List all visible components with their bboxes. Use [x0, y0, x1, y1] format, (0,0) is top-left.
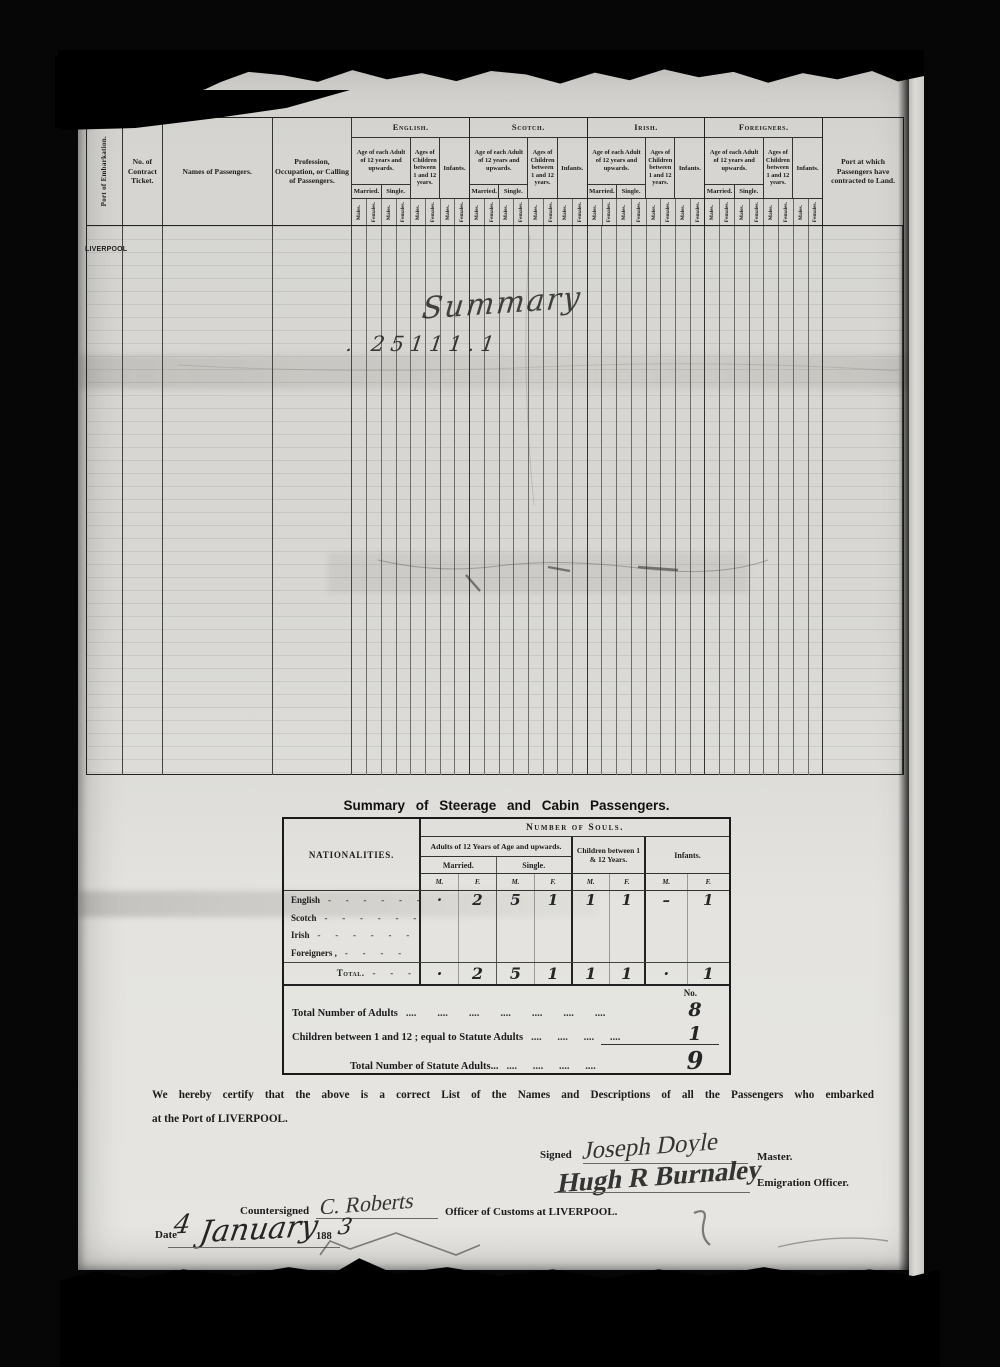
males-label: Males.	[500, 199, 515, 225]
cell-value	[688, 927, 730, 945]
cell-value	[610, 909, 647, 927]
cell-value: ·	[421, 963, 459, 984]
certification-text: We hereby certify that the above is a co…	[152, 1089, 874, 1127]
adults-header: Age of each Adult of 12 years and upward…	[588, 138, 645, 184]
body-cell	[588, 226, 603, 775]
body-cell	[794, 226, 809, 775]
children-header: Ages of Children between 1 and 12 years.	[646, 138, 675, 198]
group-header-scotch: Scotch. Age of each Adult of 12 years an…	[470, 118, 588, 225]
body-cell	[617, 226, 632, 775]
females-label: Females.	[603, 199, 618, 225]
males-label: Males.	[617, 199, 632, 225]
males-label: Males.	[382, 199, 397, 225]
total-adults-row: Total Number of Adults .... .... .... ..…	[292, 999, 721, 1021]
males-label: Males.	[529, 199, 544, 225]
cell-value: 1	[688, 891, 730, 909]
summary-row-total: Total.- - - · 2 5 1 1 1 · 1	[284, 962, 729, 984]
cell-value	[646, 927, 688, 945]
cell-value	[535, 909, 573, 927]
males-label: Males.	[676, 199, 691, 225]
cell-value: 5	[497, 963, 535, 984]
males-label: Males.	[764, 199, 779, 225]
cell-value	[459, 927, 497, 945]
dot-leaders: .... .... .... ....	[506, 1061, 661, 1072]
customs-officer-label: Officer of Customs at LIVERPOOL.	[445, 1206, 617, 1218]
cell-value: 1	[610, 891, 647, 909]
females-label: Females.	[573, 199, 587, 225]
body-cell	[764, 226, 779, 775]
total-value: 8	[669, 999, 721, 1021]
body-cell	[809, 226, 823, 775]
group-title: English.	[352, 118, 469, 138]
document-page: Port of Embarkation. No. of Contract Tic…	[78, 55, 923, 1270]
summary-row-foreigners: Foreigners ,- - - -	[284, 944, 729, 962]
body-col-ticket	[123, 226, 163, 775]
body-col-port	[87, 226, 123, 775]
cell-value	[610, 927, 647, 945]
row-label: Irish	[291, 930, 310, 940]
col-header-landing-port: Port at which Passengers have contracted…	[823, 118, 903, 225]
cell-value	[688, 909, 730, 927]
married-header: Married.	[705, 185, 734, 198]
sex-subcolumns: Males.Females.Males.Females.Males.Female…	[588, 199, 705, 225]
customs-signature: C. Roberts	[318, 1188, 417, 1221]
females-label: Females.	[779, 199, 794, 225]
group-title: Foreigners.	[705, 118, 822, 138]
col-header-names: Names of Passengers.	[163, 118, 273, 225]
f-label: F.	[459, 874, 497, 890]
males-label: Males.	[411, 199, 426, 225]
printed-year: 188	[316, 1231, 332, 1242]
married-header: Married.	[588, 185, 617, 198]
adults-header: Age of each Adult of 12 years and upward…	[352, 138, 409, 184]
manifest-header-row: Port of Embarkation. No. of Contract Tic…	[87, 118, 903, 226]
statute-adults-row: Total Number of Statute Adults... .... .…	[292, 1046, 721, 1075]
handwritten-summary-figures: . 25111.1	[344, 332, 502, 356]
cell-value: 1	[573, 963, 610, 984]
cell-value	[573, 909, 610, 927]
females-label: Females.	[809, 199, 823, 225]
cell-value	[573, 927, 610, 945]
signature-line	[316, 1218, 438, 1219]
cell-value	[535, 944, 573, 962]
females-label: Females.	[720, 199, 735, 225]
single-header: Single.	[617, 185, 645, 198]
dot-leaders: .... .... .... .... .... .... ....	[406, 1008, 661, 1019]
summary-totals: No. Total Number of Adults .... .... ...…	[284, 986, 729, 1074]
group-title: Scotch.	[470, 118, 587, 138]
single-header: Single.	[382, 185, 410, 198]
children-header: Ages of Children between 1 and 12 years.	[528, 138, 557, 198]
torn-bottom-edge	[60, 1256, 940, 1367]
group-header-irish: Irish. Age of each Adult of 12 years and…	[588, 118, 706, 225]
females-label: Females.	[367, 199, 382, 225]
group-title: Irish.	[588, 118, 705, 138]
group-header-english: English. Age of each Adult of 12 years a…	[352, 118, 470, 225]
cell-value: ·	[646, 963, 688, 984]
adults-header: Age of each Adult of 12 years and upward…	[470, 138, 527, 184]
married-header: Married.	[470, 185, 499, 198]
females-label: Females.	[661, 199, 676, 225]
mf-header-row: M. F. M. F. M. F. M. F.	[421, 873, 729, 890]
total-label: Total Number of Statute Adults...	[350, 1061, 498, 1072]
cell-value: ·	[421, 891, 459, 909]
sum-line	[601, 1044, 719, 1045]
signed-label: Signed	[540, 1149, 572, 1161]
body-cell	[735, 226, 750, 775]
leader-dashes: - - - - - -	[328, 895, 422, 905]
m-label: M.	[421, 874, 459, 890]
f-label: F.	[610, 874, 647, 890]
single-header: Single.	[735, 185, 763, 198]
body-group-foreigners	[705, 226, 823, 775]
males-label: Males.	[794, 199, 809, 225]
cell-value	[459, 944, 497, 962]
passenger-manifest-table: Port of Embarkation. No. of Contract Tic…	[86, 117, 904, 775]
males-label: Males.	[705, 199, 720, 225]
body-cell	[720, 226, 735, 775]
males-label: Males.	[558, 199, 573, 225]
single-header: Single.	[497, 857, 572, 873]
cell-value	[459, 909, 497, 927]
row-label: Scotch	[291, 913, 317, 923]
cell-value	[573, 944, 610, 962]
port-of-embarkation-stamp: LIVERPOOL	[85, 246, 127, 253]
body-cell	[779, 226, 794, 775]
cell-value	[497, 927, 535, 945]
females-label: Females.	[455, 199, 469, 225]
nationalities-header: NATIONALITIES.	[284, 819, 421, 890]
cell-value	[646, 909, 688, 927]
col-header-port-of-embarkation: Port of Embarkation.	[87, 118, 123, 225]
cell-value	[421, 927, 459, 945]
body-cell	[647, 226, 662, 775]
females-label: Females.	[691, 199, 705, 225]
date-underline	[168, 1247, 340, 1248]
m-label: M.	[573, 874, 610, 890]
females-label: Females.	[750, 199, 765, 225]
group-header-foreigners: Foreigners. Age of each Adult of 12 year…	[705, 118, 823, 225]
summary-header: NATIONALITIES. Number of Souls. Adults o…	[284, 819, 729, 891]
cell-value	[610, 944, 647, 962]
body-cell	[352, 226, 367, 775]
body-col-names	[163, 226, 273, 775]
children-statute-row: Children between 1 and 12 ; equal to Sta…	[292, 1023, 721, 1045]
f-label: F.	[688, 874, 730, 890]
next-page-edge	[909, 57, 924, 1283]
handwritten-date-day: 4	[172, 1209, 193, 1240]
males-label: Males.	[647, 199, 662, 225]
cell-value	[421, 944, 459, 962]
certification-line1: We hereby certify that the above is a co…	[152, 1089, 874, 1102]
handwritten-year-digit: 3	[336, 1215, 354, 1241]
f-label: F.	[535, 874, 573, 890]
females-label: Females.	[544, 199, 559, 225]
total-value: 9	[669, 1046, 721, 1075]
sex-subcolumns: Males.Females.Males.Females.Males.Female…	[470, 199, 587, 225]
handwritten-date-month: January	[197, 1209, 320, 1251]
infants-header: Infants.	[646, 837, 729, 873]
summary-row-scotch: Scotch- - - - - -	[284, 909, 729, 927]
total-value: 1	[669, 1023, 721, 1045]
m-label: M.	[497, 874, 535, 890]
number-of-souls-header: Number of Souls.	[421, 819, 729, 837]
males-label: Males.	[352, 199, 367, 225]
total-label: Children between 1 and 12 ; equal to Sta…	[292, 1032, 523, 1043]
males-label: Males.	[735, 199, 750, 225]
body-col-profession	[273, 226, 353, 775]
page-edge-shadow	[898, 55, 909, 1270]
scanned-passenger-list: Port of Embarkation. No. of Contract Tic…	[0, 0, 1000, 1367]
col-header-contract-ticket: No. of Contract Ticket.	[123, 118, 163, 225]
summary-table: NATIONALITIES. Number of Souls. Adults o…	[282, 817, 731, 1075]
sex-subcolumns: Males.Females.Males.Females.Males.Female…	[705, 199, 822, 225]
cell-value: –	[646, 891, 688, 909]
cell-value: 1	[688, 963, 730, 984]
leader-dashes: - - -	[373, 968, 414, 978]
cell-value: 2	[459, 963, 497, 984]
emigration-officer-label: Emigration Officer.	[757, 1177, 849, 1189]
leader-dashes: - - - - - -	[318, 930, 412, 940]
row-label: Foreigners ,	[291, 948, 337, 958]
leader-dashes: - - - -	[345, 948, 403, 958]
females-label: Females.	[514, 199, 529, 225]
body-cell	[676, 226, 691, 775]
cell-value: 1	[535, 891, 573, 909]
cell-value	[646, 944, 688, 962]
total-label: Total Number of Adults	[292, 1008, 398, 1019]
males-label: Males.	[441, 199, 456, 225]
single-header: Single.	[499, 185, 527, 198]
body-group-irish	[588, 226, 706, 775]
adults-12-header: Adults of 12 Years of Age and upwards.	[421, 837, 571, 856]
dot-leaders: .... .... .... ....	[531, 1032, 661, 1043]
summary-table-title: Summary of Steerage and Cabin Passengers…	[282, 798, 731, 813]
certification-line2: at the Port of LIVERPOOL.	[152, 1113, 874, 1126]
signature-line	[554, 1192, 750, 1193]
col-header-profession: Profession, Occupation, or Calling of Pa…	[273, 118, 353, 225]
adults-header: Age of each Adult of 12 years and upward…	[705, 138, 762, 184]
no-header: No.	[684, 988, 697, 998]
infants-header: Infants.	[440, 138, 469, 198]
summary-row-english: English- - - - - - · 2 5 1 1 1 – 1	[284, 891, 729, 909]
females-label: Females.	[485, 199, 500, 225]
cell-value: 2	[459, 891, 497, 909]
children-header: Ages of Children between 1 and 12 years.	[764, 138, 793, 198]
summary-row-irish: Irish- - - - - -	[284, 927, 729, 945]
m-label: M.	[646, 874, 688, 890]
body-cell	[661, 226, 676, 775]
body-cell	[382, 226, 397, 775]
children-header: Children between 1 & 12 Years.	[573, 837, 646, 873]
females-label: Females.	[632, 199, 647, 225]
sex-subcolumns: Males.Females.Males.Females.Males.Female…	[352, 199, 469, 225]
cell-value: 1	[573, 891, 610, 909]
summary-data-rows: English- - - - - - · 2 5 1 1 1 – 1 Scotc…	[284, 891, 729, 986]
cell-value	[688, 944, 730, 962]
females-label: Females.	[426, 199, 441, 225]
body-cell	[691, 226, 705, 775]
leader-dashes: - - - - - -	[325, 913, 419, 923]
cell-value	[497, 909, 535, 927]
males-label: Males.	[588, 199, 603, 225]
row-label: English	[291, 895, 320, 905]
body-col-landing	[823, 226, 903, 775]
infants-header: Infants.	[558, 138, 587, 198]
body-cell	[397, 226, 412, 775]
cell-value: 1	[535, 963, 573, 984]
row-label: Total.	[337, 968, 365, 978]
body-cell	[602, 226, 617, 775]
cell-value: 5	[497, 891, 535, 909]
males-label: Males.	[470, 199, 485, 225]
body-cell	[750, 226, 765, 775]
infants-header: Infants.	[675, 138, 704, 198]
body-cell	[632, 226, 647, 775]
cell-value: 1	[610, 963, 647, 984]
cell-value	[497, 944, 535, 962]
cell-value	[421, 909, 459, 927]
body-cell	[705, 226, 720, 775]
married-header: Married.	[352, 185, 381, 198]
married-header: Married.	[421, 857, 497, 873]
females-label: Females.	[397, 199, 412, 225]
infants-header: Infants.	[793, 138, 822, 198]
body-cell	[367, 226, 382, 775]
cell-value	[535, 927, 573, 945]
children-header: Ages of Children between 1 and 12 years.	[411, 138, 440, 198]
